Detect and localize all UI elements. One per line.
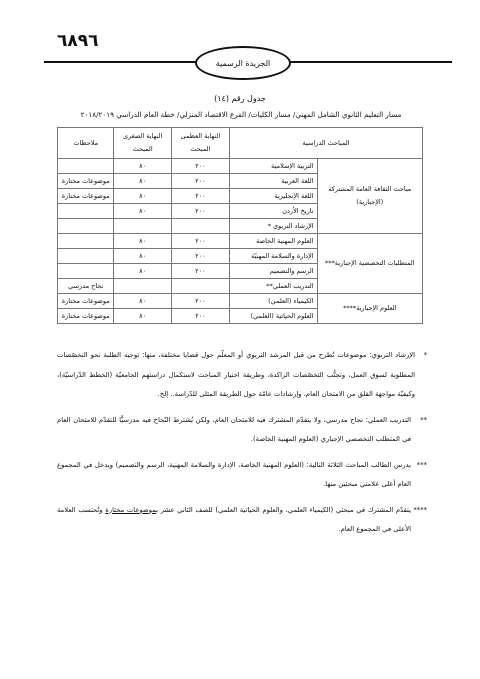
- footnote-4: **** يتقدّم المشترك في مبحثي (الكيمياء ا…: [57, 501, 425, 540]
- min-cell: ٨٠: [114, 204, 171, 219]
- note-cell: [58, 264, 114, 279]
- min-cell: [114, 219, 171, 234]
- footnote-text: الإرشاد التربوي: موضوعات تُطرح من قبل ال…: [57, 351, 415, 398]
- subject-cell: العلوم المهنية الخاصة: [230, 234, 318, 249]
- min-cell: ٨٠: [114, 249, 171, 264]
- subject-cell: تاريخ الأردن: [230, 204, 318, 219]
- note-cell: [58, 249, 114, 264]
- max-cell: ٢٠٠: [171, 234, 229, 249]
- footnotes: * الإرشاد التربوي: موضوعات تُطرح من قبل …: [57, 346, 425, 546]
- min-cell: [114, 279, 171, 294]
- table-header-row: المباحث الدراسية النهاية العظمى المبحث ا…: [58, 128, 423, 159]
- max-cell: [171, 279, 229, 294]
- page-number: ٦٨٩٦: [57, 31, 99, 51]
- subject-cell: الكيمياء (العلمي): [230, 294, 318, 309]
- category-cell: العلوم الإجبارية****: [317, 294, 422, 324]
- note-cell: [58, 159, 114, 174]
- table-row: العلوم الإجبارية**** الكيمياء (العلمي) ٢…: [58, 294, 423, 309]
- note-cell: [58, 219, 114, 234]
- footnote-text: يدرس الطالب المباحث الثلاثة التالية: (ال…: [57, 461, 411, 489]
- footnote-marker: *: [424, 346, 427, 366]
- max-cell: ٢٠٠: [171, 189, 229, 204]
- footnote-marker: ****: [413, 501, 427, 521]
- subject-cell: الرسم والتصميم: [230, 264, 318, 279]
- header-min-score: النهاية الصغرى المبحث: [114, 128, 171, 159]
- note-cell: [58, 204, 114, 219]
- subject-cell: اللغة العربية: [230, 174, 318, 189]
- subject-cell: العلوم الحياتية (العلمي): [230, 309, 318, 324]
- table-row: المتطلبات التخصصية الإجبارية*** العلوم ا…: [58, 234, 423, 249]
- study-plan-table: المباحث الدراسية النهاية العظمى المبحث ا…: [57, 127, 423, 324]
- note-cell: موضوعات مختارة: [58, 174, 114, 189]
- max-cell: ٢٠٠: [171, 174, 229, 189]
- masthead-label: الجريدة الرسمية: [216, 59, 271, 68]
- note-cell: نجاح مدرسي: [58, 279, 114, 294]
- table-subtitle: مسار التعليم الثانوي الشامل المهني/ مسار…: [60, 110, 422, 119]
- max-cell: ٢٠٠: [171, 159, 229, 174]
- subject-cell: الإدارة والسلامة المهنيّة: [230, 249, 318, 264]
- note-cell: [58, 234, 114, 249]
- gazette-masthead: الجريدة الرسمية: [195, 46, 291, 80]
- min-cell: ٨٠: [114, 309, 171, 324]
- category-cell: مباحث الثقافة العامة المشتركة (الإجبارية…: [317, 159, 422, 234]
- footnote-text: التدريب العملي: نجاح مدرسي، ولا يتقدّم ا…: [57, 416, 411, 444]
- subject-cell: الإرشاد التربوي *: [230, 219, 318, 234]
- max-cell: ٢٠٠: [171, 264, 229, 279]
- header-subjects: المباحث الدراسية: [230, 128, 423, 159]
- subject-cell: التدريب العملي**: [230, 279, 318, 294]
- subject-cell: التربية الإسلامية: [230, 159, 318, 174]
- header-notes: ملاحظات: [58, 128, 114, 159]
- category-cell: المتطلبات التخصصية الإجبارية***: [317, 234, 422, 294]
- footnote-3: *** يدرس الطالب المباحث الثلاثة التالية:…: [57, 456, 425, 495]
- footnote-underlined-text: موضوعات مختارة: [105, 506, 156, 514]
- footnote-text-before: يتقدّم المشترك في مبحثي (الكيمياء العلمي…: [156, 506, 411, 514]
- footnote-2: ** التدريب العملي: نجاح مدرسي، ولا يتقدّ…: [57, 411, 425, 450]
- max-cell: ٢٠٠: [171, 204, 229, 219]
- footnote-1: * الإرشاد التربوي: موضوعات تُطرح من قبل …: [57, 346, 425, 405]
- max-cell: [171, 219, 229, 234]
- header-rule-left: [44, 61, 196, 63]
- note-cell: موضوعات مختارة: [58, 309, 114, 324]
- max-cell: ٢٠٠: [171, 309, 229, 324]
- note-cell: موضوعات مختارة: [58, 294, 114, 309]
- max-cell: ٢٠٠: [171, 249, 229, 264]
- min-cell: ٨٠: [114, 159, 171, 174]
- min-cell: ٨٠: [114, 264, 171, 279]
- min-cell: ٨٠: [114, 189, 171, 204]
- min-cell: ٨٠: [114, 174, 171, 189]
- header-max-score: النهاية العظمى المبحث: [171, 128, 229, 159]
- min-cell: ٨٠: [114, 234, 171, 249]
- min-cell: ٨٠: [114, 294, 171, 309]
- table-title: جدول رقم (١٤): [0, 94, 480, 103]
- table-row: مباحث الثقافة العامة المشتركة (الإجبارية…: [58, 159, 423, 174]
- subject-cell: اللغة الإنجليزية: [230, 189, 318, 204]
- footnote-marker: ***: [417, 456, 427, 476]
- footnote-marker: **: [420, 411, 427, 431]
- max-cell: ٢٠٠: [171, 294, 229, 309]
- note-cell: موضوعات مختارة: [58, 189, 114, 204]
- header-rule-right: [290, 61, 452, 63]
